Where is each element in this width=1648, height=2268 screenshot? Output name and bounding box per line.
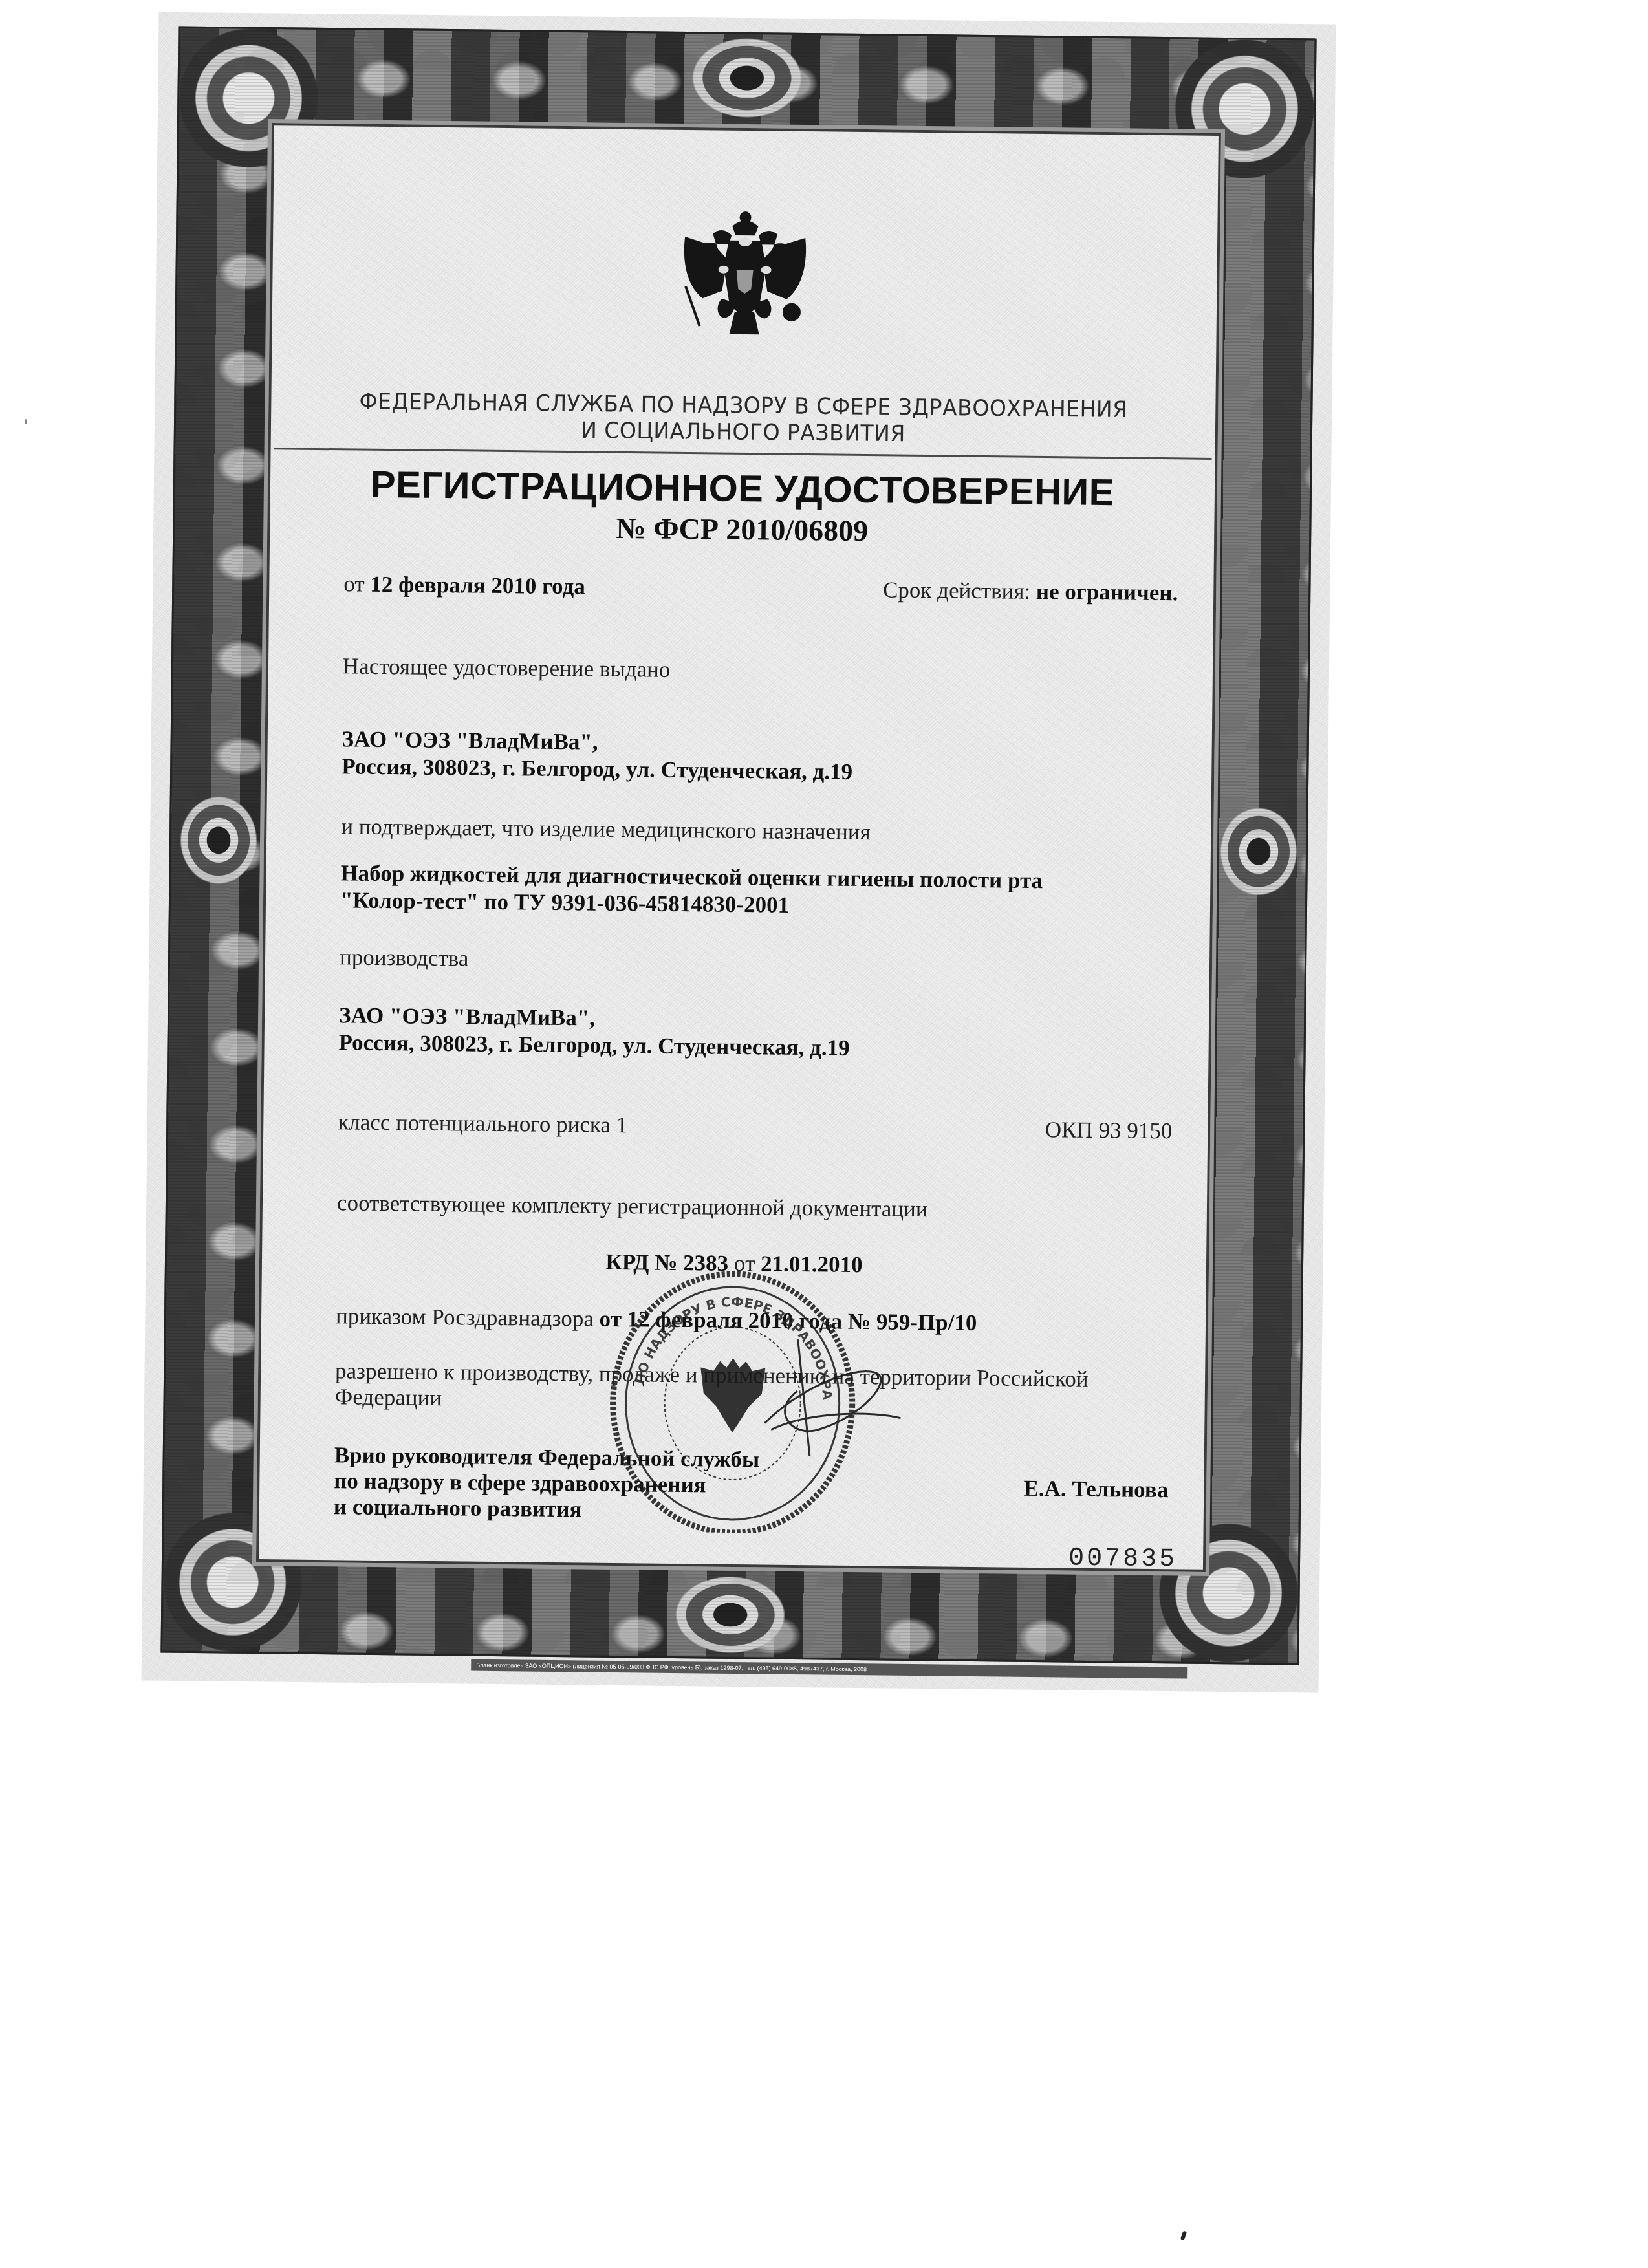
- border-medallion-bottom: [665, 1569, 796, 1661]
- border-medallion-right: [1213, 799, 1305, 903]
- issue-date: от 12 февраля 2010 года: [343, 571, 585, 599]
- scan-speck: [1180, 2230, 1187, 2240]
- documentation-label: соответствующее комплекту регистрационно…: [337, 1190, 928, 1222]
- manufacturer-name: ЗАО "ОЭЗ "ВладМиВа",: [339, 1002, 595, 1031]
- scan-speck: [25, 419, 27, 424]
- risk-class: класс потенциального риска 1: [338, 1109, 627, 1138]
- border-medallion-top: [682, 30, 812, 125]
- signatory-name: Е.А. Тельнова: [1023, 1476, 1168, 1503]
- manufacturer-label: производства: [340, 944, 469, 971]
- issue-date-value: 12 февраля 2010 года: [370, 572, 585, 599]
- applicant-address: Россия, 308023, г. Белгород, ул. Студенч…: [342, 753, 852, 785]
- header-divider: [274, 448, 1212, 460]
- border-medallion-left: [173, 788, 265, 892]
- issue-date-prefix: от: [343, 571, 371, 596]
- issued-to-label: Настоящее удостоверение выдано: [343, 653, 671, 682]
- confirms-label: и подтверждает, что изделие медицинского…: [341, 814, 871, 845]
- order-prefix: приказом Росздравнадзора: [336, 1303, 600, 1331]
- okp-code: ОКП 93 9150: [1045, 1117, 1173, 1144]
- product-name-line2: "Колор-тест" по ТУ 9391-036-45814830-200…: [340, 887, 789, 918]
- blank-serial-number: 007835: [1068, 1544, 1178, 1575]
- signatory-title-line3: и социального развития: [334, 1494, 582, 1522]
- validity: Срок действия: не ограничен.: [883, 577, 1178, 606]
- certificate: ФЕДЕРАЛЬНАЯ СЛУЖБА ПО НАДЗОРУ В СФЕРЕ ЗД…: [160, 27, 1316, 1665]
- permission-line2: Федерации: [335, 1384, 442, 1411]
- round-seal-icon: ПО НАДЗОРУ В СФЕРЕ ЗДРАВООХРАНЕНИЯ: [602, 1260, 909, 1535]
- validity-label: Срок действия:: [883, 577, 1036, 604]
- applicant-name: ЗАО "ОЭЗ "ВладМиВа",: [342, 726, 598, 755]
- certificate-title: РЕГИСТРАЦИОННОЕ УДОСТОВЕРЕНИЕ: [270, 462, 1215, 515]
- validity-value: не ограничен.: [1036, 579, 1178, 605]
- manufacturer-address: Россия, 308023, г. Белгород, ул. Студенч…: [338, 1030, 849, 1061]
- double-headed-eagle-icon: [677, 208, 814, 338]
